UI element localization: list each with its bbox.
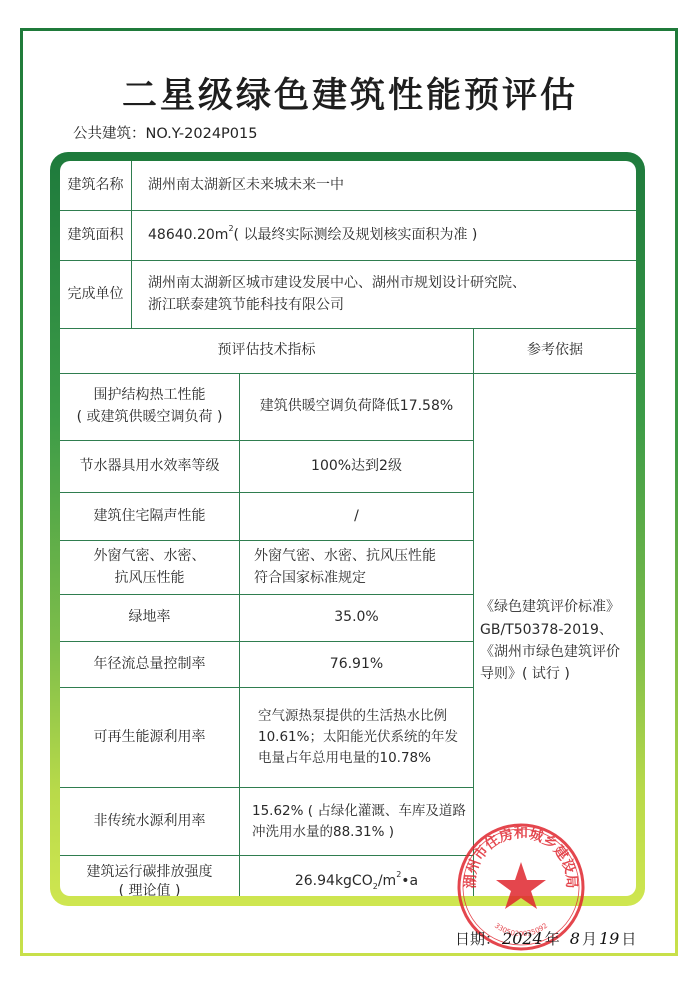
value-text: 湖州南太湖新区城市建设发展中心、湖州市规划设计研究院、 浙江联泰建筑节能科技有限… [148, 273, 526, 316]
indicator-name: 绿地率 [60, 595, 240, 642]
indicator-name: 围护结构热工性能 ( 或建筑供暖空调负荷 ) [60, 374, 240, 441]
indicator-name: 建筑住宅隔声性能 [60, 493, 240, 541]
label-completion-unit: 完成单位 [60, 261, 132, 329]
value-completion-unit: 湖州南太湖新区城市建设发展中心、湖州市规划设计研究院、 浙江联泰建筑节能科技有限… [132, 261, 636, 329]
indicator-value-text: / [354, 506, 359, 528]
label-text: 完成单位 [68, 284, 124, 306]
issue-date: 日期： 2024 年 8 月 19 日 [455, 928, 636, 949]
indicator-name-text: 围护结构热工性能 ( 或建筑供暖空调负荷 ) [77, 385, 223, 428]
indicator-value-text: 建筑供暖空调负荷降低17.58% [260, 396, 453, 418]
indicator-name-text: 可再生能源利用率 [94, 727, 206, 749]
indicator-name-text: 绿地率 [129, 607, 171, 629]
indicator-name: 可再生能源利用率 [60, 688, 240, 788]
label-text: 建筑名称 [68, 175, 124, 197]
date-year: 2024 [502, 929, 543, 948]
certificate-number: 公共建筑：NO.Y-2024P015 [73, 122, 257, 143]
indicator-value: 外窗气密、水密、抗风压性能 符合国家标准规定 [240, 541, 474, 595]
indicator-name: 节水器具用水效率等级 [60, 441, 240, 493]
indicator-name-text: 节水器具用水效率等级 [80, 456, 220, 478]
indicator-value-text: 空气源热泵提供的生活热水比例 10.61%；太阳能光伏系统的年发 电量占年总用电… [258, 706, 458, 769]
indicator-value: 建筑供暖空调负荷降低17.58% [240, 374, 474, 441]
label-building-area: 建筑面积 [60, 211, 132, 261]
indicator-name: 非传统水源利用率 [60, 788, 240, 856]
day-unit: 日 [621, 928, 636, 949]
indicator-name-text: 建筑运行碳排放强度 ( 理论值 ) [87, 863, 213, 896]
indicator-name-text: 外窗气密、水密、 抗风压性能 [94, 546, 206, 589]
indicator-name-text: 建筑住宅隔声性能 [94, 506, 206, 528]
indicator-value: 35.0% [240, 595, 474, 642]
month-unit: 月 [582, 928, 597, 949]
header-reference: 参考依据 [474, 329, 636, 374]
reference-text: 《绿色建筑评价标准》 GB/T50378-2019、 《湖州市绿色建筑评价 导则… [480, 596, 620, 686]
document-title: 二星级绿色建筑性能预评估 [0, 68, 700, 118]
header-text: 预评估技术指标 [218, 340, 316, 362]
reference-standards: 《绿色建筑评价标准》 GB/T50378-2019、 《湖州市绿色建筑评价 导则… [474, 374, 636, 896]
value-building-name: 湖州南太湖新区未来城未来一中 [132, 161, 636, 211]
indicator-name-text: 非传统水源利用率 [94, 811, 206, 833]
header-text: 参考依据 [527, 340, 583, 362]
date-label: 日期： [455, 928, 500, 949]
value-text: 湖州南太湖新区未来城未来一中 [148, 175, 344, 197]
date-month: 8 [570, 929, 580, 948]
indicator-name: 年径流总量控制率 [60, 642, 240, 688]
indicator-value-text: 15.62% ( 占绿化灌溉、车库及道路 冲洗用水量的88.31% ) [252, 801, 466, 843]
indicator-value: 15.62% ( 占绿化灌溉、车库及道路 冲洗用水量的88.31% ) [240, 788, 474, 856]
value-building-area: 48640.20m2( 以最终实际测绘及规划核实面积为准 ) [132, 211, 636, 261]
indicator-value-text: 100%达到2级 [311, 456, 402, 478]
indicator-value: 100%达到2级 [240, 441, 474, 493]
indicator-value-text: 35.0% [334, 607, 378, 629]
date-day: 19 [599, 929, 619, 948]
indicator-value-text: 76.91% [330, 654, 383, 676]
evaluation-table-frame: 建筑名称 湖州南太湖新区未来城未来一中 建筑面积 48640.20m2( 以最终… [50, 152, 645, 906]
label-building-name: 建筑名称 [60, 161, 132, 211]
indicator-value: / [240, 493, 474, 541]
indicator-name-text: 年径流总量控制率 [94, 654, 206, 676]
indicator-name: 外窗气密、水密、 抗风压性能 [60, 541, 240, 595]
indicator-value: 26.94kgCO2/m2•a [240, 856, 474, 896]
label-text: 建筑面积 [68, 225, 124, 247]
header-indicators: 预评估技术指标 [60, 329, 474, 374]
indicator-value: 76.91% [240, 642, 474, 688]
indicator-value-text: 26.94kgCO2/m2•a [295, 871, 418, 893]
year-unit: 年 [545, 928, 560, 949]
indicator-value: 空气源热泵提供的生活热水比例 10.61%；太阳能光伏系统的年发 电量占年总用电… [240, 688, 474, 788]
indicator-name: 建筑运行碳排放强度 ( 理论值 ) [60, 856, 240, 896]
indicator-value-text: 外窗气密、水密、抗风压性能 符合国家标准规定 [254, 546, 436, 589]
value-text: 48640.20m2( 以最终实际测绘及规划核实面积为准 ) [148, 225, 477, 247]
evaluation-table: 建筑名称 湖州南太湖新区未来城未来一中 建筑面积 48640.20m2( 以最终… [60, 161, 636, 896]
